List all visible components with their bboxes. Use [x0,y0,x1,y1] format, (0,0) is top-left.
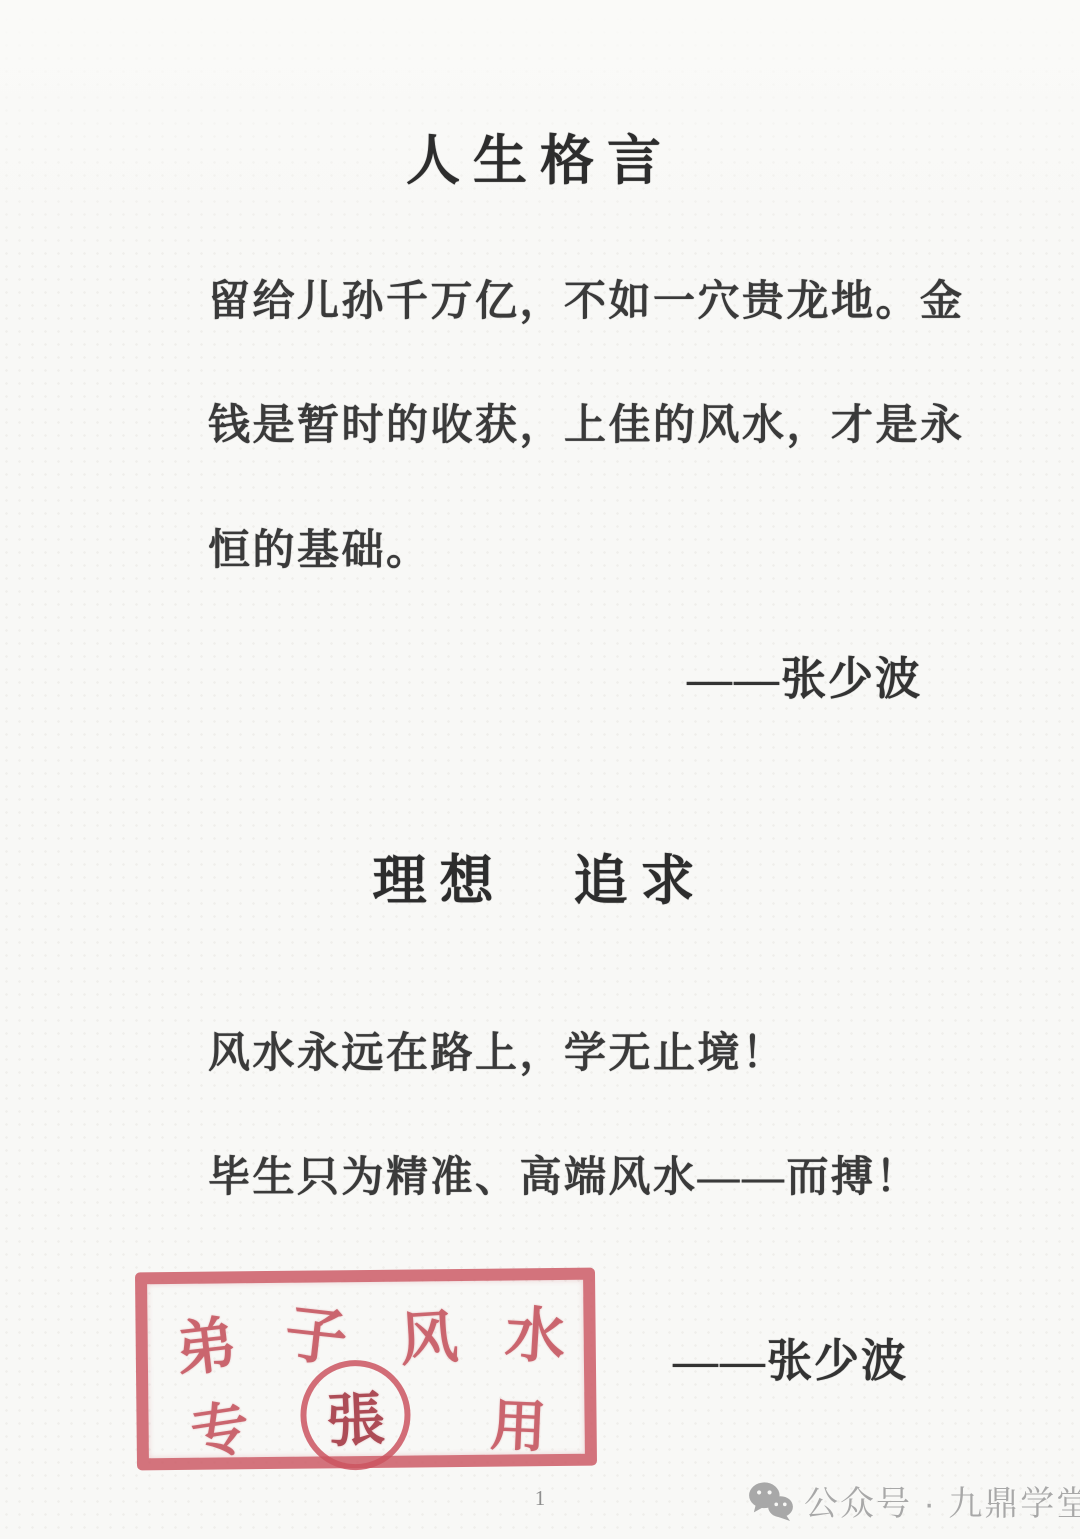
motto-line-3: 恒的基础。 [208,517,431,577]
motto-line-2: 钱是暂时的收获，上佳的风水，才是永 [208,392,965,452]
stamp-char: 水 [503,1287,568,1376]
stamp-name-seal: 張 [300,1360,411,1471]
pursuit-title: 理想 追求 [0,838,1080,915]
stamp-char: 风 [397,1290,460,1377]
motto-title: 人生格言 [0,118,1080,195]
stamp-char: 用 [489,1381,548,1463]
stamp-char: 張 [325,1372,387,1459]
pursuit-attribution: ——张少波 [673,1324,908,1389]
red-seal-stamp: 弟 子 风 水 专 張 用 [135,1268,597,1471]
pursuit-line-1: 风水永远在路上，学无止境！ [208,1020,787,1080]
motto-attribution: ——张少波 [687,642,922,707]
motto-line-1: 留给儿孙千万亿，不如一穴贵龙地。金 [208,268,965,328]
page-number: 1 [0,1486,1080,1511]
stamp-char: 专 [185,1380,255,1472]
pursuit-line-2: 毕生只为精准、高端风水——而搏！ [208,1144,920,1204]
stamp-char: 弟 [171,1297,240,1389]
scanned-document-page: 人生格言 留给儿孙千万亿，不如一穴贵龙地。金 钱是暂时的收获，上佳的风水，才是永… [0,0,1080,1539]
